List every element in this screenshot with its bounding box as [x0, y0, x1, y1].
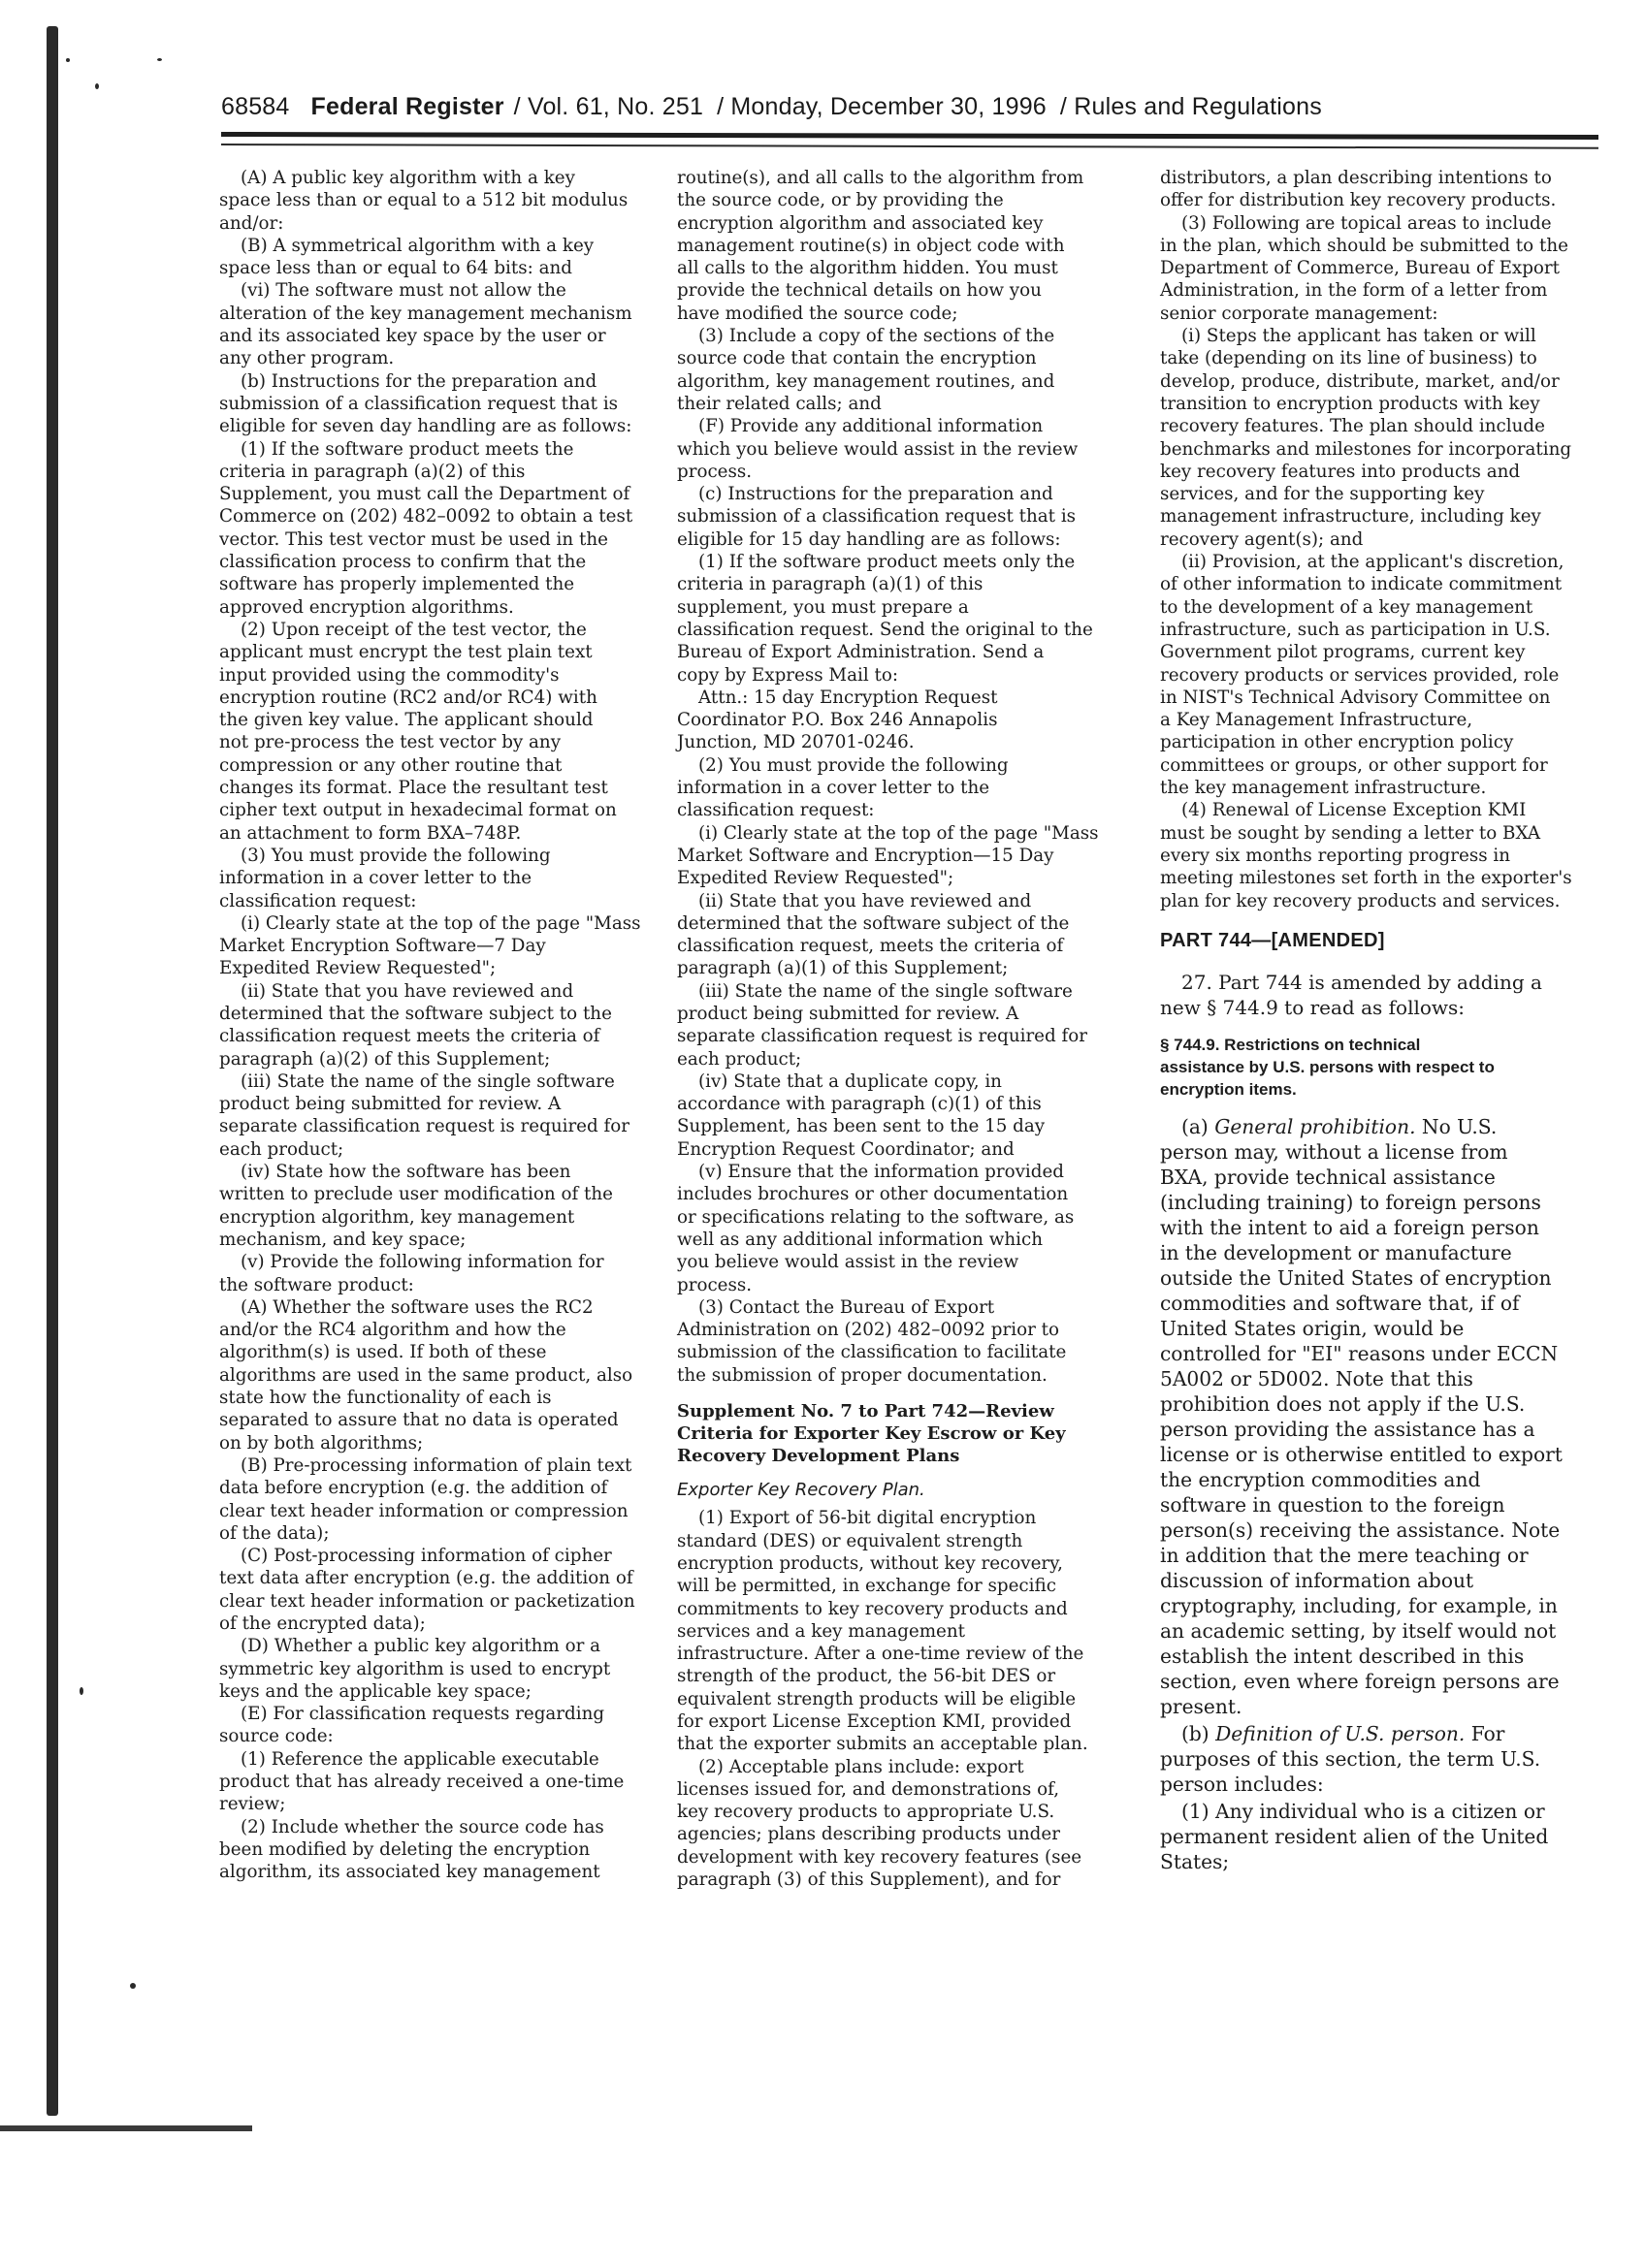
section-heading: § 744.9. Restrictions on technicalassist…	[1160, 1034, 1616, 1101]
paragraph-definition-us-person: (b) Definition of U.S. person. Forpurpos…	[1160, 1721, 1616, 1797]
text-line: keys and the applicable key space;	[219, 1680, 675, 1703]
paragraph: (i) Clearly state at the top of the page…	[219, 912, 675, 980]
text-line: determined that the software subject to …	[219, 1003, 675, 1025]
text-line: encryption items.	[1160, 1078, 1616, 1101]
text-line: BXA, provide technical assistance	[1160, 1165, 1616, 1190]
text-line: Supplement, you must call the Department…	[219, 483, 675, 505]
paragraph-general-prohibition: (a) General prohibition. No U.S.person m…	[1160, 1114, 1616, 1719]
scan-speck	[95, 83, 99, 89]
text-line: vector. This test vector must be used in…	[219, 528, 675, 551]
text-line: § 744.9. Restrictions on technical	[1160, 1034, 1616, 1056]
paragraph: (ii) State that you have reviewed anddet…	[219, 980, 675, 1070]
text-line: source code that contain the encryption	[677, 347, 1139, 369]
paragraph: (C) Post-processing information of ciphe…	[219, 1545, 675, 1635]
text-line: (v) Provide the following information fo…	[219, 1251, 675, 1273]
paragraph: (v) Provide the following information fo…	[219, 1251, 675, 1296]
text-line: senior corporate management:	[1160, 303, 1616, 325]
scan-edge-bar	[47, 26, 58, 2116]
text-line: in the plan, which should be submitted t…	[1160, 235, 1616, 257]
paragraph: (2) Upon receipt of the test vector, the…	[219, 619, 675, 845]
text-line: separate classification request is requi…	[677, 1025, 1139, 1047]
text-line: (1) Export of 56-bit digital encryption	[677, 1507, 1139, 1529]
text-line: separate classification request is requi…	[219, 1115, 675, 1137]
text-line: all calls to the algorithm hidden. You m…	[677, 257, 1139, 279]
text-line: (c) Instructions for the preparation and	[677, 483, 1139, 505]
text-line: assistance by U.S. persons with respect …	[1160, 1056, 1616, 1078]
scan-speck	[80, 1687, 83, 1695]
text-line: new § 744.9 to read as follows:	[1160, 995, 1616, 1020]
text-line: classification process to confirm that t…	[219, 551, 675, 573]
text-line: of the data);	[219, 1522, 675, 1545]
text-line: encryption routine (RC2 and/or RC4) with	[219, 687, 675, 709]
header-rule-thin	[221, 144, 1598, 149]
text-line: present.	[1160, 1694, 1616, 1719]
text-line: applicant must encrypt the test plain te…	[219, 641, 675, 663]
text-line: data before encryption (e.g. the additio…	[219, 1477, 675, 1499]
text-line: licenses issued for, and demonstrations …	[677, 1778, 1139, 1801]
scan-edge-bottom	[0, 2125, 252, 2131]
volume-info: / Vol. 61, No. 251	[514, 93, 703, 120]
paragraph-title: General prohibition.	[1214, 1115, 1415, 1138]
text-line: development with key recovery features (…	[677, 1846, 1139, 1869]
text-line: submission of a classification request t…	[677, 505, 1139, 527]
scan-speck	[66, 58, 70, 62]
text-line: (A) A public key algorithm with a key	[219, 167, 675, 189]
text-line: and/or the RC4 algorithm and how the	[219, 1319, 675, 1341]
text-line: paragraph (a)(2) of this Supplement;	[219, 1048, 675, 1070]
text-line: product that has already received a one-…	[219, 1771, 675, 1793]
text-line: provide the technical details on how you	[677, 279, 1139, 302]
text-line: submission of a classification request t…	[219, 393, 675, 415]
text-line: (C) Post-processing information of ciphe…	[219, 1545, 675, 1567]
paragraph-text: For	[1465, 1722, 1504, 1745]
text-line: (3) You must provide the following	[219, 845, 675, 867]
text-line: (vi) The software must not allow the	[219, 279, 675, 302]
text-line: classification request. Send the origina…	[677, 619, 1139, 641]
text-line: written to preclude user modification of…	[219, 1183, 675, 1205]
paragraph-label: (b)	[1181, 1722, 1215, 1745]
text-line: cipher text output in hexadecimal format…	[219, 799, 675, 821]
text-line: supplement, you must prepare a	[677, 596, 1139, 619]
text-line: license or is otherwise entitled to expo…	[1160, 1442, 1616, 1467]
paragraph: (b) Instructions for the preparation and…	[219, 370, 675, 438]
column-left: (A) A public key algorithm with a keyspa…	[219, 167, 675, 1884]
text-line: (ii) State that you have reviewed and	[219, 980, 675, 1003]
text-line: (B) Pre-processing information of plain …	[219, 1454, 675, 1477]
paragraph: (c) Instructions for the preparation and…	[677, 483, 1139, 551]
paragraph: (B) Pre-processing information of plain …	[219, 1454, 675, 1545]
text-line: (3) Include a copy of the sections of th…	[677, 325, 1139, 347]
column-middle: routine(s), and all calls to the algorit…	[677, 167, 1139, 1891]
scan-speck	[130, 1983, 136, 1989]
text-line: (F) Provide any additional information	[677, 415, 1139, 437]
paragraph: (vi) The software must not allow thealte…	[219, 279, 675, 369]
text-line: will be permitted, in exchange for speci…	[677, 1575, 1139, 1597]
text-line: (i) Clearly state at the top of the page…	[219, 912, 675, 935]
text-line: paragraph (a)(1) of this Supplement;	[677, 957, 1139, 979]
paragraph: (ii) State that you have reviewed anddet…	[677, 890, 1139, 980]
text-line: management infrastructure, including key	[1160, 505, 1616, 527]
text-line: key recovery products to appropriate U.S…	[677, 1801, 1139, 1823]
paragraph: (1) Reference the applicable executablep…	[219, 1748, 675, 1816]
text-line: and its associated key space by the user…	[219, 325, 675, 347]
text-line: meeting milestones set forth in the expo…	[1160, 867, 1616, 889]
text-line: mechanism, and key space;	[219, 1229, 675, 1251]
running-header: 68584Federal Register/ Vol. 61, No. 251/…	[221, 93, 1598, 132]
text-line: and/or:	[219, 212, 675, 235]
paragraph: (A) A public key algorithm with a keyspa…	[219, 167, 675, 235]
paragraph: Attn.: 15 day Encryption RequestCoordina…	[677, 687, 1139, 754]
text-line: offer for distribution key recovery prod…	[1160, 189, 1616, 211]
text-line: person may, without a license from	[1160, 1139, 1616, 1165]
text-line: (1) If the software product meets the	[219, 438, 675, 461]
text-line: have modified the source code;	[677, 303, 1139, 325]
text-line: establish the intent described in this	[1160, 1644, 1616, 1669]
text-line: classification request:	[219, 890, 675, 912]
text-line: routine(s), and all calls to the algorit…	[677, 167, 1139, 189]
text-line: plan for key recovery products and servi…	[1160, 890, 1616, 912]
text-line: review;	[219, 1793, 675, 1815]
paragraph: (A) Whether the software uses the RC2and…	[219, 1296, 675, 1454]
paragraph: (1) If the software product meets only t…	[677, 551, 1139, 687]
text-line: Market Encryption Software—7 Day	[219, 935, 675, 957]
publication-title: Federal Register	[311, 93, 504, 120]
text-line: of other information to indicate commitm…	[1160, 573, 1616, 595]
text-line: cryptography, including, for example, in	[1160, 1593, 1616, 1618]
amendment-instruction: 27. Part 744 is amended by adding anew §…	[1160, 970, 1616, 1020]
text-line: key recovery features into products and	[1160, 461, 1616, 483]
text-line: (including training) to foreign persons	[1160, 1190, 1616, 1215]
paragraph: (v) Ensure that the information provided…	[677, 1161, 1139, 1296]
text-line: person providing the assistance has a	[1160, 1417, 1616, 1442]
text-line: Encryption Request Coordinator; and	[677, 1138, 1139, 1161]
text-line: (4) Renewal of License Exception KMI	[1160, 799, 1616, 821]
text-line: clear text header information or compres…	[219, 1500, 675, 1522]
text-line: (a) General prohibition. No U.S.	[1160, 1114, 1616, 1139]
text-line: (b) Definition of U.S. person. For	[1160, 1721, 1616, 1746]
part-heading: PART 744—[AMENDED]	[1160, 930, 1616, 952]
middle-paragraphs-bottom: (1) Export of 56-bit digital encryptions…	[677, 1507, 1139, 1891]
text-line: changes its format. Place the resultant …	[219, 777, 675, 799]
text-line: (2) Include whether the source code has	[219, 1816, 675, 1838]
text-line: must be sought by sending a letter to BX…	[1160, 822, 1616, 845]
paragraph: (iv) State how the software has beenwrit…	[219, 1161, 675, 1251]
text-line: benchmarks and milestones for incorporat…	[1160, 438, 1616, 461]
text-line: controlled for "EI" reasons under ECCN	[1160, 1341, 1616, 1366]
text-line: eligible for seven day handling are as f…	[219, 415, 675, 437]
text-line: (iii) State the name of the single softw…	[677, 980, 1139, 1003]
text-line: symmetric key algorithm is used to encry…	[219, 1658, 675, 1680]
text-line: (2) Upon receipt of the test vector, the	[219, 619, 675, 641]
paragraph: (i) Clearly state at the top of the page…	[677, 822, 1139, 890]
text-line: algorithms are used in the same product,…	[219, 1364, 675, 1387]
paragraph: (E) For classification requests regardin…	[219, 1703, 675, 1748]
text-line: 27. Part 744 is amended by adding a	[1160, 970, 1616, 995]
text-line: States;	[1160, 1849, 1616, 1874]
text-line: criteria in paragraph (a)(1) of this	[677, 573, 1139, 595]
text-line: Administration on (202) 482–0092 prior t…	[677, 1319, 1139, 1341]
text-line: Supplement No. 7 to Part 742—Review	[677, 1400, 1139, 1422]
text-line: the key management infrastructure.	[1160, 777, 1616, 799]
text-line: in the development or manufacture	[1160, 1240, 1616, 1265]
text-line: clear text header information or packeti…	[219, 1590, 675, 1613]
text-line: (1) Reference the applicable executable	[219, 1748, 675, 1771]
text-line: strength of the product, the 56-bit DES …	[677, 1665, 1139, 1687]
text-line: process.	[677, 1274, 1139, 1296]
text-line: (A) Whether the software uses the RC2	[219, 1296, 675, 1319]
text-line: information in a cover letter to the	[219, 867, 675, 889]
scan-speck	[157, 58, 162, 61]
text-line: or specifications relating to the softwa…	[677, 1206, 1139, 1229]
text-line: Expedited Review Requested";	[677, 867, 1139, 889]
text-line: (ii) State that you have reviewed and	[677, 890, 1139, 912]
paragraph: (3) Contact the Bureau of ExportAdminist…	[677, 1296, 1139, 1387]
paragraph: (iv) State that a duplicate copy, inacco…	[677, 1070, 1139, 1161]
text-line: submission of the classification to faci…	[677, 1341, 1139, 1363]
text-line: management routine(s) in object code wit…	[677, 235, 1139, 257]
text-line: accordance with paragraph (c)(1) of this	[677, 1093, 1139, 1115]
text-line: in addition that the mere teaching or	[1160, 1543, 1616, 1568]
text-line: Bureau of Export Administration. Send a	[677, 641, 1139, 663]
text-line: Criteria for Exporter Key Escrow or Key	[677, 1422, 1139, 1445]
text-line: distributors, a plan describing intentio…	[1160, 167, 1616, 189]
text-line: not pre-process the test vector by any	[219, 731, 675, 753]
text-line: recovery features. The plan should inclu…	[1160, 415, 1616, 437]
text-line: Attn.: 15 day Encryption Request	[677, 687, 1139, 709]
text-line: Expedited Review Requested";	[219, 957, 675, 979]
text-line: (v) Ensure that the information provided	[677, 1161, 1139, 1183]
paragraph: (iii) State the name of the single softw…	[219, 1070, 675, 1161]
text-line: text data after encryption (e.g. the add…	[219, 1567, 675, 1589]
text-line: (B) A symmetrical algorithm with a key	[219, 235, 675, 257]
paragraph: (D) Whether a public key algorithm or as…	[219, 1635, 675, 1703]
text-line: on by both algorithms;	[219, 1432, 675, 1454]
paragraph: (B) A symmetrical algorithm with a keysp…	[219, 235, 675, 280]
text-line: recovery products or services provided, …	[1160, 664, 1616, 687]
paragraph: distributors, a plan describing intentio…	[1160, 167, 1616, 212]
text-line: (iii) State the name of the single softw…	[219, 1070, 675, 1093]
text-line: (i) Steps the applicant has taken or wil…	[1160, 325, 1616, 347]
text-line: 5A002 or 5D002. Note that this	[1160, 1366, 1616, 1391]
text-line: their related calls; and	[677, 393, 1139, 415]
paragraph-text: No U.S.	[1416, 1115, 1498, 1138]
text-line: Market Software and Encryption—15 Day	[677, 845, 1139, 867]
paragraph: (3) You must provide the followinginform…	[219, 845, 675, 912]
text-line: software has properly implemented the	[219, 573, 675, 595]
text-line: software in question to the foreign	[1160, 1492, 1616, 1517]
text-line: any other program.	[219, 347, 675, 369]
paragraph-label: (a)	[1181, 1115, 1214, 1138]
text-line: input provided using the commodity's	[219, 664, 675, 687]
text-line: each product;	[219, 1138, 675, 1161]
text-line: Administration, in the form of a letter …	[1160, 279, 1616, 302]
text-line: encryption products, without key recover…	[677, 1552, 1139, 1575]
text-line: state how the functionality of each is	[219, 1387, 675, 1409]
text-line: information in a cover letter to the	[677, 777, 1139, 799]
text-line: paragraph (3) of this Supplement), and f…	[677, 1869, 1139, 1891]
plan-heading: Exporter Key Recovery Plan.	[677, 1479, 1139, 1501]
paragraph: (iii) State the name of the single softw…	[677, 980, 1139, 1070]
text-line: copy by Express Mail to:	[677, 664, 1139, 687]
text-line: algorithm, its associated key management	[219, 1861, 675, 1883]
right-paragraphs-top: distributors, a plan describing intentio…	[1160, 167, 1616, 912]
text-line: services, and for the supporting key	[1160, 483, 1616, 505]
text-line: product being submitted for review. A	[219, 1093, 675, 1115]
text-line: (3) Following are topical areas to inclu…	[1160, 212, 1616, 235]
text-line: Government pilot programs, current key	[1160, 641, 1616, 663]
text-line: the source code, or by providing the	[677, 189, 1139, 211]
text-line: classification request, meets the criter…	[677, 935, 1139, 957]
text-line: space less than or equal to a 512 bit mo…	[219, 189, 675, 211]
text-line: section, even where foreign persons are	[1160, 1669, 1616, 1694]
paragraph: (2) Acceptable plans include: exportlice…	[677, 1756, 1139, 1892]
text-line: develop, produce, distribute, market, an…	[1160, 370, 1616, 393]
page-number: 68584	[221, 93, 290, 120]
text-line: (1) Any individual who is a citizen or	[1160, 1799, 1616, 1824]
text-line: Recovery Development Plans	[677, 1445, 1139, 1467]
text-line: the submission of proper documentation.	[677, 1364, 1139, 1387]
text-line: commitments to key recovery products and	[677, 1598, 1139, 1620]
text-line: algorithm, key management routines, and	[677, 370, 1139, 393]
text-line: purposes of this section, the term U.S.	[1160, 1746, 1616, 1772]
text-line: Commerce on (202) 482–0092 to obtain a t…	[219, 505, 675, 527]
text-line: an academic setting, by itself would not	[1160, 1618, 1616, 1644]
paragraph-title: Definition of U.S. person.	[1215, 1722, 1465, 1745]
supplement-heading: Supplement No. 7 to Part 742—ReviewCrite…	[677, 1400, 1139, 1467]
column-right: distributors, a plan describing intentio…	[1160, 167, 1616, 1874]
text-line: agencies; plans describing products unde…	[677, 1823, 1139, 1845]
text-line: Department of Commerce, Bureau of Export	[1160, 257, 1616, 279]
text-line: for export License Exception KMI, provid…	[677, 1710, 1139, 1733]
text-line: outside the United States of encryption	[1160, 1265, 1616, 1291]
text-line: (b) Instructions for the preparation and	[219, 370, 675, 393]
text-line: person(s) receiving the assistance. Note	[1160, 1517, 1616, 1543]
text-line: in NIST's Technical Advisory Committee o…	[1160, 687, 1616, 709]
text-line: source code:	[219, 1725, 675, 1747]
text-line: eligible for 15 day handling are as foll…	[677, 528, 1139, 551]
paragraph: (4) Renewal of License Exception KMImust…	[1160, 799, 1616, 911]
paragraph: (i) Steps the applicant has taken or wil…	[1160, 325, 1616, 551]
text-line: each product;	[677, 1048, 1139, 1070]
text-line: you believe would assist in the review	[677, 1251, 1139, 1273]
text-line: transition to encryption products with k…	[1160, 393, 1616, 415]
text-line: criteria in paragraph (a)(2) of this	[219, 461, 675, 483]
text-line: an attachment to form BXA–748P.	[219, 822, 675, 845]
text-line: classification request:	[677, 799, 1139, 821]
text-line: Coordinator P.O. Box 246 Annapolis	[677, 709, 1139, 731]
text-line: (D) Whether a public key algorithm or a	[219, 1635, 675, 1657]
text-line: of the encrypted data);	[219, 1613, 675, 1635]
text-line: recovery agent(s); and	[1160, 528, 1616, 551]
paragraph: (F) Provide any additional informationwh…	[677, 415, 1139, 483]
text-line: space less than or equal to 64 bits: and	[219, 257, 675, 279]
paragraph-individual-citizen: (1) Any individual who is a citizen orpe…	[1160, 1799, 1616, 1874]
text-line: equivalent strength products will be eli…	[677, 1688, 1139, 1710]
text-line: the given key value. The applicant shoul…	[219, 709, 675, 731]
paragraph: (ii) Provision, at the applicant's discr…	[1160, 551, 1616, 799]
text-line: United States origin, would be	[1160, 1316, 1616, 1341]
text-line: services and a key management	[677, 1620, 1139, 1643]
text-line: every six months reporting progress in	[1160, 845, 1616, 867]
text-line: well as any additional information which	[677, 1229, 1139, 1251]
text-line: separated to assure that no data is oper…	[219, 1409, 675, 1431]
text-line: the software product:	[219, 1274, 675, 1296]
text-line: Junction, MD 20701-0246.	[677, 731, 1139, 753]
text-line: infrastructure. After a one-time review …	[677, 1643, 1139, 1665]
text-line: (2) You must provide the following	[677, 754, 1139, 777]
text-line: infrastructure, such as participation in…	[1160, 619, 1616, 641]
text-line: (i) Clearly state at the top of the page…	[677, 822, 1139, 845]
section-name: / Rules and Regulations	[1060, 93, 1322, 120]
text-line: encryption algorithm, key management	[219, 1206, 675, 1229]
paragraph: (3) Include a copy of the sections of th…	[677, 325, 1139, 415]
text-line: standard (DES) or equivalent strength	[677, 1530, 1139, 1552]
paragraph: routine(s), and all calls to the algorit…	[677, 167, 1139, 325]
paragraph: (1) If the software product meets thecri…	[219, 438, 675, 619]
paragraph: (2) You must provide the followinginform…	[677, 754, 1139, 822]
text-line: that the exporter submits an acceptable …	[677, 1733, 1139, 1755]
text-line: (iv) State how the software has been	[219, 1161, 675, 1183]
publication-date: / Monday, December 30, 1996	[717, 93, 1047, 120]
text-line: with the intent to aid a foreign person	[1160, 1215, 1616, 1240]
text-line: Supplement, has been sent to the 15 day	[677, 1115, 1139, 1137]
text-line: a Key Management Infrastructure,	[1160, 709, 1616, 731]
text-line: which you believe would assist in the re…	[677, 438, 1139, 461]
text-line: (1) If the software product meets only t…	[677, 551, 1139, 573]
text-line: committees or groups, or other support f…	[1160, 754, 1616, 777]
header-rule-thick	[221, 132, 1598, 140]
text-line: classification request meets the criteri…	[219, 1025, 675, 1047]
text-line: encryption algorithm and associated key	[677, 212, 1139, 235]
text-line: algorithm(s) is used. If both of these	[219, 1341, 675, 1363]
paragraph: (2) Include whether the source code hasb…	[219, 1816, 675, 1884]
text-line: permanent resident alien of the United	[1160, 1824, 1616, 1849]
text-line: process.	[677, 461, 1139, 483]
text-line: commodities and software that, if of	[1160, 1291, 1616, 1316]
paragraph: (3) Following are topical areas to inclu…	[1160, 212, 1616, 325]
text-line: (iv) State that a duplicate copy, in	[677, 1070, 1139, 1093]
text-line: discussion of information about	[1160, 1568, 1616, 1593]
middle-paragraphs-top: routine(s), and all calls to the algorit…	[677, 167, 1139, 1387]
paragraph: (1) Export of 56-bit digital encryptions…	[677, 1507, 1139, 1755]
text-line: (ii) Provision, at the applicant's discr…	[1160, 551, 1616, 573]
text-line: (3) Contact the Bureau of Export	[677, 1296, 1139, 1319]
text-line: (2) Acceptable plans include: export	[677, 1756, 1139, 1778]
text-line: to the development of a key management	[1160, 596, 1616, 619]
text-line: compression or any other routine that	[219, 754, 675, 777]
text-line: determined that the software subject of …	[677, 912, 1139, 935]
text-line: participation in other encryption policy	[1160, 731, 1616, 753]
text-line: take (depending on its line of business)…	[1160, 347, 1616, 369]
text-line: (E) For classification requests regardin…	[219, 1703, 675, 1725]
text-line: approved encryption algorithms.	[219, 596, 675, 619]
text-line: been modified by deleting the encryption	[219, 1838, 675, 1861]
text-line: prohibition does not apply if the U.S.	[1160, 1391, 1616, 1417]
text-line: alteration of the key management mechani…	[219, 303, 675, 325]
text-line: product being submitted for review. A	[677, 1003, 1139, 1025]
text-line: includes brochures or other documentatio…	[677, 1183, 1139, 1205]
text-line: person includes:	[1160, 1772, 1616, 1797]
text-line: the encryption commodities and	[1160, 1467, 1616, 1492]
